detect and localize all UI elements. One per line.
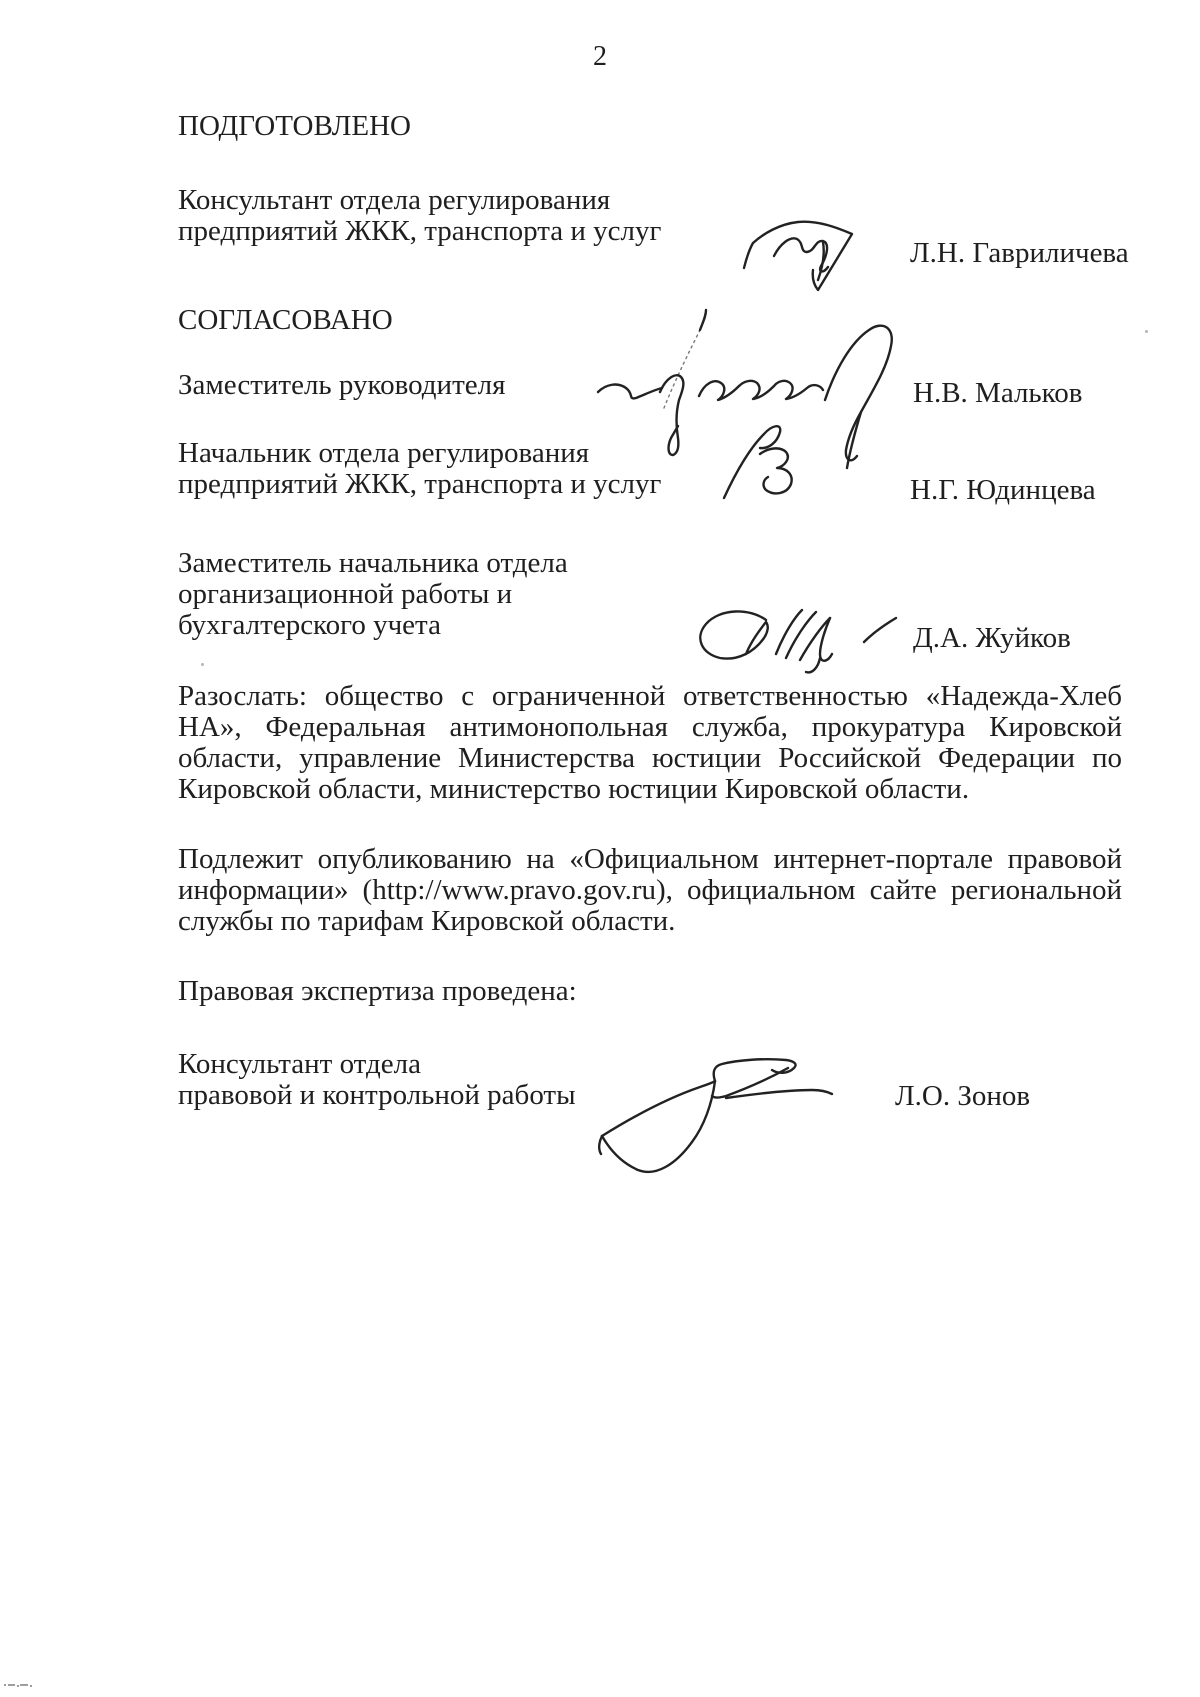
section-heading-agreed: СОГЛАСОВАНО — [178, 305, 393, 336]
page-number: 2 — [0, 42, 1200, 72]
job-title-line: предприятий ЖКК, транспорта и услуг — [178, 469, 661, 500]
signatory-name: Н.Г. Юдинцева — [910, 475, 1096, 506]
job-title-line: Консультант отдела регулирования — [178, 185, 661, 216]
job-title-line: Заместитель начальника отдела — [178, 548, 568, 579]
scan-artifact — [30, 1685, 32, 1687]
scan-artifact — [4, 1684, 6, 1686]
scan-artifact — [201, 663, 204, 666]
job-title-agreed-3: Заместитель начальника отдела организаци… — [178, 548, 568, 641]
section-heading-prepared: ПОДГОТОВЛЕНО — [178, 111, 411, 142]
zonov-signature-icon — [592, 1050, 842, 1182]
gavrilicheva-signature-icon — [736, 212, 866, 297]
scan-artifact — [17, 1685, 19, 1687]
job-title-line: организационной работы и — [178, 579, 568, 610]
zhuykov-signature-icon — [690, 600, 902, 680]
yudintseva-signature-icon — [712, 418, 820, 508]
scan-artifact — [20, 1684, 28, 1686]
signatory-name: Д.А. Жуйков — [913, 623, 1071, 654]
job-title-agreed-2: Начальник отдела регулирования предприят… — [178, 438, 661, 500]
scan-artifact — [8, 1684, 15, 1686]
publication-paragraph: Подлежит опубликованию на «Официальном и… — [178, 844, 1122, 937]
job-title-line: бухгалтерского учета — [178, 610, 568, 641]
signatory-name: Н.В. Мальков — [913, 378, 1082, 409]
scan-artifact — [1145, 330, 1148, 333]
job-title-prepared: Консультант отдела регулирования предпри… — [178, 185, 661, 247]
job-title-line: правовой и контрольной работы — [178, 1080, 576, 1111]
document-page: 2 ПОДГОТОВЛЕНО Консультант отдела регули… — [0, 0, 1200, 1697]
job-title-line: предприятий ЖКК, транспорта и услуг — [178, 216, 661, 247]
signatory-name: Л.Н. Гавриличева — [910, 238, 1129, 269]
signatory-name: Л.О. Зонов — [895, 1081, 1030, 1112]
job-title-line: Заместитель руководителя — [178, 370, 505, 401]
job-title-line: Начальник отдела регулирования — [178, 438, 661, 469]
job-title-line: Консультант отдела — [178, 1049, 576, 1080]
job-title-legal-review: Консультант отдела правовой и контрольно… — [178, 1049, 576, 1111]
distribution-paragraph: Разослать: общество с ограниченной ответ… — [178, 681, 1122, 805]
legal-review-label: Правовая экспертиза проведена: — [178, 976, 577, 1007]
